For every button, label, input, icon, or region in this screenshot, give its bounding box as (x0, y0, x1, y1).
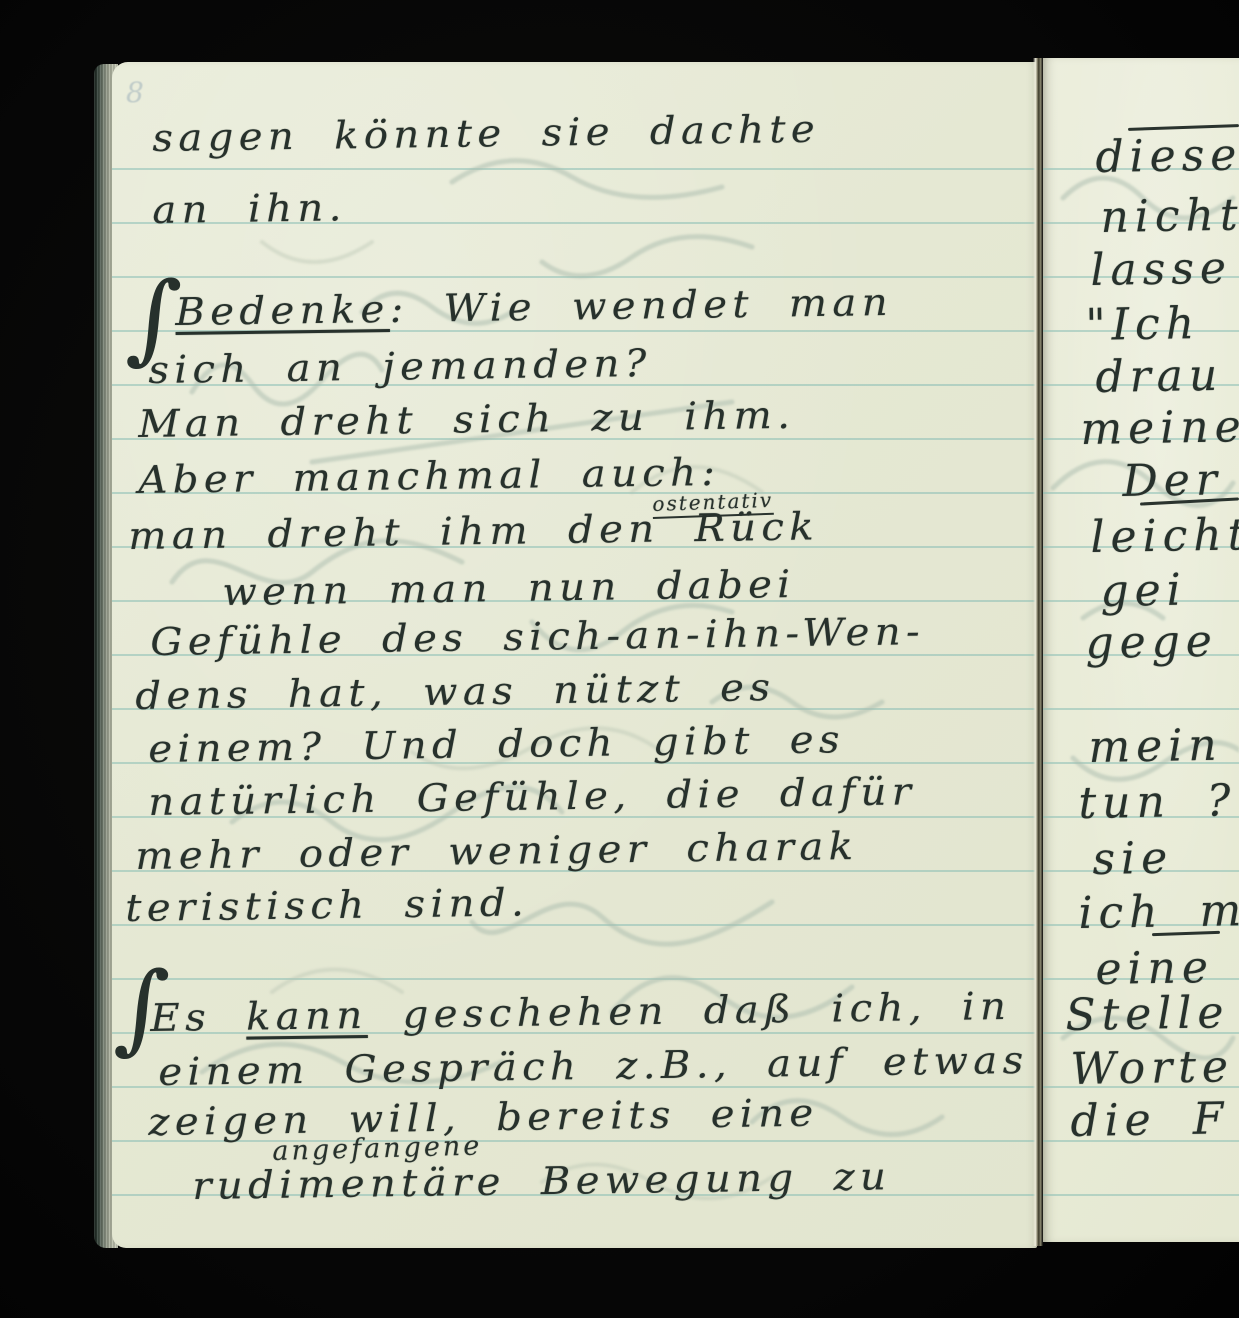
handwriting-fragment: gege (1085, 616, 1218, 669)
handwriting-line: sich an jemanden? (148, 341, 652, 392)
page-number: 8 (126, 76, 144, 109)
handwriting-fragment: Worte (1070, 1041, 1234, 1095)
handwriting-line: Man dreht sich zu ihm. (138, 393, 795, 446)
handwriting-fragment: meine (1080, 401, 1239, 455)
handwriting-fragment: mein (1088, 720, 1223, 773)
handwriting-line: zeigen will, bereits eine (148, 1091, 819, 1144)
gutter-crease (1033, 58, 1043, 1246)
line-text: : Wie wendet man (389, 280, 893, 331)
handwriting-fragment: leicht (1090, 509, 1239, 563)
handwriting-fragment: die F (1070, 1093, 1230, 1147)
handwriting-fragment: dieses (1095, 129, 1239, 183)
handwriting-line: an ihn. (152, 185, 347, 232)
handwriting-fragment: gei (1100, 564, 1187, 616)
handwriting-fragment: "Ich (1085, 298, 1200, 351)
handwriting-fragment: Stelle (1065, 987, 1230, 1041)
handwriting-fragment: nicht (1100, 190, 1239, 243)
handwriting-line: dens hat, was nützt es (135, 665, 776, 718)
line-text: Es (150, 995, 246, 1040)
handwriting-line: Aber manchmal auch: (138, 450, 721, 502)
line-text: geschehen daß ich, in (367, 984, 1011, 1037)
handwriting-fragment: tun ? (1078, 775, 1237, 829)
handwriting-line: wenn man nun dabei (222, 562, 796, 614)
handwriting-fragment: drau (1095, 350, 1224, 403)
manuscript-photo: 8 sagen könnte sie dachte an ihn. ∫ Bede… (0, 0, 1239, 1318)
handwriting-line: sagen könnte sie dachte (152, 107, 820, 160)
underlined-word: kann (246, 993, 368, 1039)
underlined-word: Bedenke (175, 287, 390, 334)
handwriting-line: teristisch sind. (125, 880, 529, 930)
handwriting-fragment: sie (1092, 833, 1174, 885)
handwriting-fragment: lasse (1090, 243, 1232, 296)
